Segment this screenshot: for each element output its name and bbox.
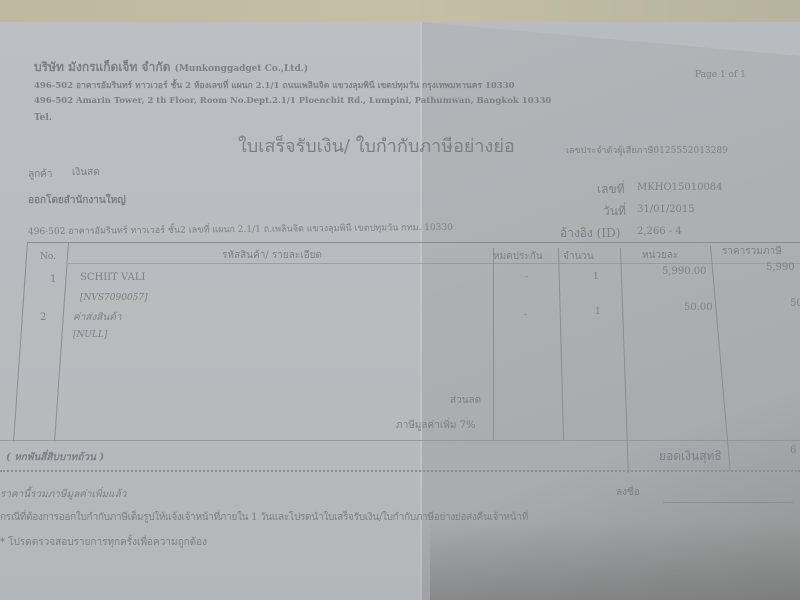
header-unit-price: หน่วยละ [642, 248, 678, 263]
date-value: 31/01/2015 [637, 204, 695, 215]
company-address-th: 496-502 อาคารอัมรินทร์ ทาวเวอร์ ชั้น 2 ห… [34, 78, 515, 92]
row-warranty: - [524, 310, 527, 320]
row-total: 5,990 [766, 262, 795, 273]
signature-label: ลงชื่อ [616, 485, 640, 500]
totals-divider [0, 470, 800, 472]
customer-label: ลูกค้า [28, 167, 53, 182]
company-name-english: (Munkonggadget Co.,Ltd.) [175, 64, 309, 74]
amount-in-words: ( หกพันสี่สิบบาทถ้วน ) [6, 450, 104, 465]
customer-value: เงินสด [72, 165, 100, 180]
header-warranty: หมดประกัน [493, 249, 543, 264]
company-name-thai: บริษัท มังกรแก็ดเจ็ท จำกัด [34, 60, 170, 74]
header-total: ราคารวมภาษี [722, 244, 782, 259]
header-qty: จำนวน [563, 249, 594, 264]
row-no: 2 [40, 312, 46, 323]
net-total-label: ยอดเงินสุทธิ [659, 447, 722, 466]
row-code: [NULL] [73, 330, 107, 340]
signature-line [663, 502, 793, 503]
table-top-border [27, 242, 800, 243]
tax-id-label: เลขประจำตัวผู้เสียภาษี [566, 146, 653, 156]
tax-id: เลขประจำตัวผู้เสียภาษี0125552013289 [566, 143, 728, 157]
row-qty: 1 [593, 272, 599, 282]
header-divider [68, 263, 800, 264]
company-name-th: บริษัท มังกรแก็ดเจ็ท จำกัด (Munkonggadge… [34, 58, 308, 77]
ref-label: อ้างอิง (ID) [560, 224, 620, 243]
row-total: 50 [790, 298, 800, 309]
date-label: วันที่ [603, 202, 626, 221]
row-unit-price: 50.00 [684, 302, 713, 313]
ref-value: 2,266 - 4 [637, 226, 682, 237]
header-no: No. [40, 252, 56, 262]
row-unit-price: 5,990.00 [662, 266, 707, 277]
row-item: ค่าส่งสินค้า [73, 310, 122, 325]
row-item: SCHIIT VALI [80, 272, 145, 283]
number-value: MKHO15010084 [637, 182, 723, 193]
row-qty: 1 [595, 307, 601, 317]
net-total-value: 6 [790, 445, 796, 456]
issued-by: ออกโดยสำนักงานใหญ่ [28, 193, 126, 208]
number-label: เลขที่ [597, 180, 625, 199]
vat-included-note: ราคานี้รวมภาษีมูลค่าเพิ่มแล้ว [0, 487, 126, 502]
vat-label: ภาษีมูลค่าเพิ่ม 7% [396, 418, 475, 433]
row-code: [NVS7090057] [80, 293, 148, 303]
company-tel-label: Tel. [34, 113, 52, 123]
col-divider-desc [493, 248, 494, 440]
page-indicator: Page 1 of 1 [695, 70, 746, 80]
discount-label: ส่วนลด [450, 393, 481, 408]
row-warranty: - [525, 272, 528, 282]
row-no: 1 [50, 274, 56, 285]
document-title: ใบเสร็จรับเงิน/ ใบกำกับภาษีอย่างย่อ [238, 131, 515, 160]
company-address-en: 496-502 Amarin Tower, 2 th Floor, Room N… [34, 96, 551, 106]
tax-id-value: 0125552013289 [653, 146, 727, 156]
photo-shadow [430, 520, 800, 600]
footer-note-check: * โปรดตรวจสอบรายการทุกครั้งเพื่อความถูกต… [0, 535, 207, 550]
table-bottom-border [0, 440, 800, 441]
header-description: รหัสสินค้า/ รายละเอียด [222, 248, 322, 263]
